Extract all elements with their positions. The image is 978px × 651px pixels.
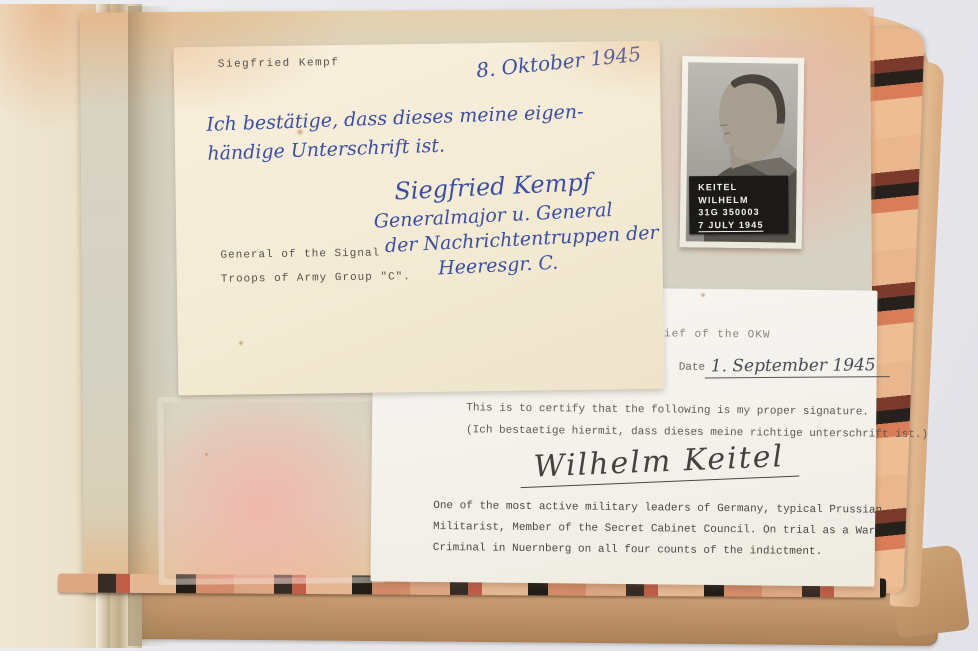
handwritten-date: 8. Oktober 1945 — [475, 42, 642, 83]
placard-date: 7 JULY 1945 — [698, 221, 763, 232]
foxing-spot — [700, 292, 706, 298]
certificate-date-row: Date1. September 1945 — [679, 355, 891, 379]
scrapbook-photo: Siegfried Kempf 8. Oktober 1945 Ich best… — [0, 0, 978, 651]
placard-firstname: WILHELM — [698, 193, 788, 206]
mugshot-image-area: KEITEL WILHELM 31G 350003 7 JULY 1945 — [686, 62, 798, 243]
description-line: Criminal in Nuernberg on all four counts… — [433, 538, 882, 564]
foxing-spot — [238, 340, 244, 346]
foxing-spot — [296, 128, 304, 136]
faded-pink-square — [157, 395, 385, 585]
kempf-certification-note: Siegfried Kempf 8. Oktober 1945 Ich best… — [174, 41, 665, 396]
placard-surname: KEITEL — [698, 181, 788, 194]
date-label: Date — [679, 362, 706, 374]
kempf-signature-block: Siegfried Kempf Generalmajor u. General … — [372, 164, 661, 285]
mugshot-placard: KEITEL WILHELM 31G 350003 7 JULY 1945 — [689, 176, 788, 235]
keitel-signature: Wilhelm Keitel — [519, 439, 799, 489]
certify-statement-english: This is to certify that the following is… — [466, 402, 869, 418]
foxing-spot — [204, 452, 209, 457]
certify-statement-german: (Ich bestaetige hiermit, dass dieses mei… — [466, 424, 928, 441]
keitel-description: One of the most active military leaders … — [433, 496, 883, 563]
typed-caption-line: Troops of Army Group "C". — [221, 266, 411, 292]
handwritten-date-value: 1. September 1945 — [705, 355, 890, 378]
typed-caption-line: General of the Signal — [220, 242, 410, 268]
handwritten-statement: Ich bestätige, dass dieses meine eigen- … — [206, 98, 585, 170]
keitel-mugshot-photo: KEITEL WILHELM 31G 350003 7 JULY 1945 — [680, 56, 805, 249]
placard-number: 31G 350003 — [698, 206, 788, 219]
typed-name-label: Siegfried Kempf — [218, 57, 340, 71]
typed-caption: General of the Signal Troops of Army Gro… — [220, 242, 411, 292]
